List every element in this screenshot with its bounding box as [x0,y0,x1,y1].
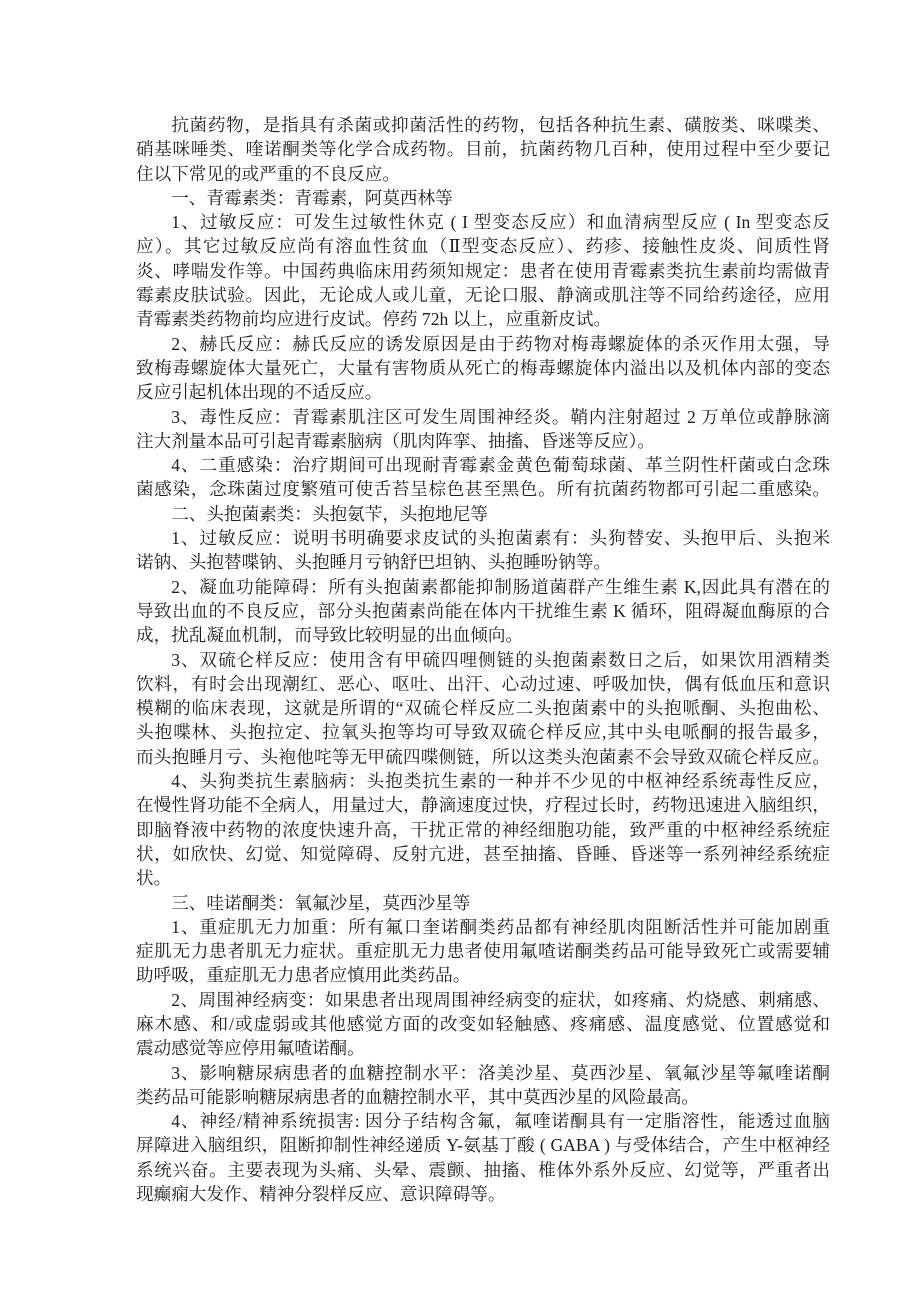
text-line: 硝基咪唾类、喹诺酮类等化学合成药物。目前，抗菌药物几百种，使用过程中至少要记 [136,137,830,161]
text-line: 头抱喋林、头抱拉定、拉氧头抱等均可导致双硫仑样反应,其中头电哌酮的报告最多， [136,720,830,744]
text-line: 4、神经/精神系统损害: 因分子结构含氟，氟喹诺酮具有一定脂溶性，能透过血脑 [136,1109,830,1133]
section-heading-line: 二、头抱菌素类：头抱氨苄，头抱地尼等 [136,502,830,526]
text-line: 2、凝血功能障碍：所有头抱菌素都能抑制肠道菌群产生维生素 K,因此具有潜在的 [136,575,830,599]
text-line: 1、重症肌无力加重：所有氟口奎诺酮类药品都有神经肌肉阻断活性并可能加剧重 [136,915,830,939]
text-line: 3、双硫仑样反应：使用含有甲硫四哩侧链的头抱菌素数日之后，如果饮用酒精类 [136,648,830,672]
text-line: 类药品可能影响糖尿病患者的血糖控制水平，其中莫西沙星的风险最高。 [136,1085,830,1109]
text-line: 现癫痫大发作、精神分裂样反应、意识障碍等。 [136,1182,830,1206]
text-line: 症肌无力患者肌无力症状。重症肌无力患者使用氟喳诺酮类药品可能导致死亡或需要辅 [136,939,830,963]
text-line: 而头抱睡月亏、头袍他咤等无甲硫四喋侧链，所以这类头泡菌素不会导致双硫仑样反应。 [136,745,830,769]
text-line: 即脑脊液中药物的浓度快速升高，干扰正常的神经细胞功能，致严重的中枢神经系统症 [136,818,830,842]
text-line: 助呼吸，重症肌无力患者应慎用此类药品。 [136,963,830,987]
section-heading-line: 一、青霉素类：青霉素，阿莫西林等 [136,186,830,210]
text-line: 2、赫氏反应：赫氏反应的诱发原因是由于药物对梅毒螺旋体的杀灭作用太强，导 [136,332,830,356]
text-line: 霉素皮肤试验。因此，无论成人或儿童，无论口服、静滴或肌注等不同给药途径，应用 [136,283,830,307]
text-line: 饮料，有时会出现潮红、恶心、呕吐、出汗、心动过速、呼吸加快，偶有低血压和意识 [136,672,830,696]
document-page: { "page": { "background": "#ffffff", "te… [0,0,920,1301]
text-line: 青霉素类药物前均应进行皮试。停药 72h 以上，应重新皮试。 [136,307,830,331]
text-line: 2、周围神经病变：如果患者出现周围神经病变的症状，如疼痛、灼烧感、刺痛感、 [136,988,830,1012]
text-line: 麻木感、和/或虚弱或其他感觉方面的改变如轻触感、疼痛感、温度感觉、位置感觉和 [136,1012,830,1036]
text-line: 抗菌药物，是指具有杀菌或抑菌活性的药物，包括各种抗生素、磺胺类、咪喋类、 [136,113,830,137]
text-line: 状。 [136,866,830,890]
text-line: 住以下常见的或严重的不良反应。 [136,162,830,186]
text-line: 诺钠、头抱替喋钠、头抱睡月亏钠舒巴坦钠、头抱睡吩钠等。 [136,550,830,574]
text-line: 3、毒性反应：青霉素肌注区可发生周围神经炎。鞘内注射超过 2 万单位或静脉滴 [136,405,830,429]
text-line: 震动感觉等应停用氟喳诺酮。 [136,1036,830,1060]
text-line: 菌感染，念珠菌过度繁殖可使舌苔呈棕色甚至黑色。所有抗菌药物都可引起二重感染。 [136,477,830,501]
text-line: 状，如欣快、幻觉、知觉障碍、反射亢进，甚至抽搐、昏睡、昏迷等一系列神经系统症 [136,842,830,866]
document-body: 抗菌药物，是指具有杀菌或抑菌活性的药物，包括各种抗生素、磺胺类、咪喋类、硝基咪唾… [136,113,830,1206]
text-line: 反应引起机体出现的不适反应。 [136,380,830,404]
text-line: 1、过敏反应：可发生过敏性休克 ( I 型变态反应）和血清病型反应 ( In 型… [136,210,830,234]
text-line: 3、影响糖尿病患者的血糖控制水平：洛美沙星、莫西沙星、氧氟沙星等氟喹诺酮 [136,1061,830,1085]
text-line: 注大剂量本品可引起青霉素脑病（肌肉阵挛、抽搐、昏迷等反应）。 [136,429,830,453]
text-line: 应）。其它过敏反应尚有溶血性贫血（Ⅱ型变态反应）、药疹、接触性皮炎、间质性肾 [136,234,830,258]
text-line: 致梅毒螺旋体大量死亡，大量有害物质从死亡的梅毒螺旋体内溢出以及机体内部的变态 [136,356,830,380]
text-line: 屏障进入脑组织，阻断抑制性神经递质 Y-氨基丁酸 ( GABA ) 与受体结合，… [136,1133,830,1157]
text-line: 模糊的临床表现，这就是所谓的“双硫仑样反应二头抱菌素中的头抱哌酮、头抱曲松、 [136,696,830,720]
text-line: 4、头狗类抗生素脑病：头抱类抗生素的一种并不少见的中枢神经系统毒性反应， [136,769,830,793]
text-line: 系统兴奋。主要表现为头痛、头晕、震颤、抽搐、椎体外系外反应、幻觉等，严重者出 [136,1158,830,1182]
text-line: 导致出血的不良反应，部分头抱菌素尚能在体内干扰维生素 K 循环，阻碍凝血酶原的合 [136,599,830,623]
text-line: 成，扰乱凝血机制，而导致比较明显的出血倾向。 [136,623,830,647]
text-line: 炎、哮喘发作等。中国药典临床用药须知规定：患者在使用青霉素类抗生素前均需做青 [136,259,830,283]
text-line: 在慢性肾功能不全病人，用量过大，静滴速度过快，疗程过长时，药物迅速进入脑组织， [136,793,830,817]
text-line: 1、过敏反应：说明书明确要求皮试的头抱菌素有：头狗替安、头抱甲后、头抱米 [136,526,830,550]
text-line: 4、二重感染：治疗期间可出现耐青霉素金黄色葡萄球菌、革兰阴性杆菌或白念珠 [136,453,830,477]
section-heading-line: 三、哇诺酮类：氧氟沙星，莫西沙星等 [136,891,830,915]
